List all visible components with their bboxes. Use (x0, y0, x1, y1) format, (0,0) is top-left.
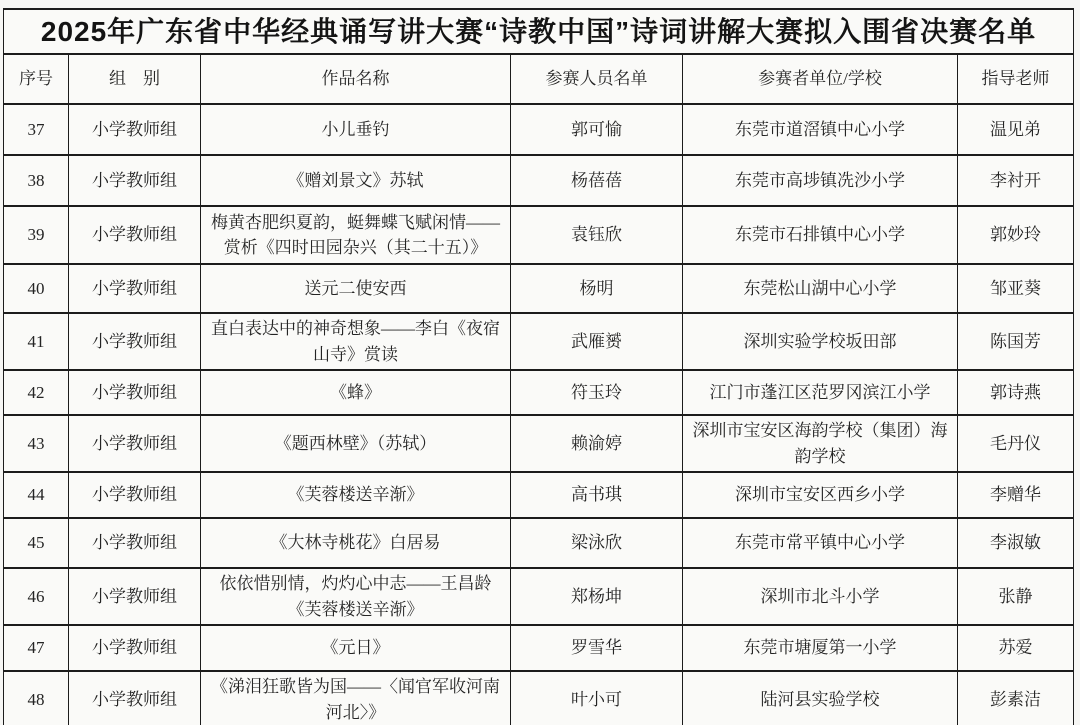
cell-group: 小学教师组 (69, 518, 201, 568)
title-row: 2025年广东省中华经典诵写讲大赛“诗教中国”诗词讲解大赛拟入围省决赛名单 (4, 9, 1074, 54)
cell-group: 小学教师组 (69, 671, 201, 725)
table-row: 46 小学教师组 依依惜别情，灼灼心中志——王昌龄《芙蓉楼送辛渐》 郑杨坤 深圳… (4, 568, 1074, 625)
col-header-teacher: 指导老师 (958, 54, 1074, 104)
table-row: 40 小学教师组 送元二使安西 杨明 东莞松山湖中心小学 邹亚葵 (4, 264, 1074, 313)
cell-participant: 符玉玲 (511, 370, 683, 415)
cell-group: 小学教师组 (69, 206, 201, 264)
cell-group: 小学教师组 (69, 104, 201, 155)
cell-unit: 深圳市宝安区海韵学校（集团）海韵学校 (683, 415, 958, 472)
cell-teacher: 郭诗燕 (958, 370, 1074, 415)
cell-teacher: 李淑敏 (958, 518, 1074, 568)
cell-no: 37 (4, 104, 69, 155)
table-row: 39 小学教师组 梅黄杏肥织夏韵，蜓舞蝶飞赋闲情——赏析《四时田园杂兴（其二十五… (4, 206, 1074, 264)
table-row: 42 小学教师组 《蜂》 符玉玲 江门市蓬江区范罗冈滨江小学 郭诗燕 (4, 370, 1074, 415)
cell-group: 小学教师组 (69, 625, 201, 671)
cell-group: 小学教师组 (69, 370, 201, 415)
col-header-group: 组 别 (69, 54, 201, 104)
cell-unit: 东莞市石排镇中心小学 (683, 206, 958, 264)
cell-teacher: 张静 (958, 568, 1074, 625)
cell-no: 48 (4, 671, 69, 725)
table-row: 37 小学教师组 小儿垂钓 郭可愉 东莞市道滘镇中心小学 温见弟 (4, 104, 1074, 155)
cell-participant: 武雁赟 (511, 313, 683, 370)
cell-teacher: 李赠华 (958, 472, 1074, 518)
cell-no: 45 (4, 518, 69, 568)
cell-participant: 梁泳欣 (511, 518, 683, 568)
cell-teacher: 郭妙玲 (958, 206, 1074, 264)
results-table: 2025年广东省中华经典诵写讲大赛“诗教中国”诗词讲解大赛拟入围省决赛名单 序号… (3, 8, 1074, 725)
table-row: 41 小学教师组 直白表达中的神奇想象——李白《夜宿山寺》赏读 武雁赟 深圳实验… (4, 313, 1074, 370)
table-row: 38 小学教师组 《赠刘景文》苏轼 杨蓓蓓 东莞市高埗镇冼沙小学 李衬开 (4, 155, 1074, 206)
cell-unit: 深圳市宝安区西乡小学 (683, 472, 958, 518)
cell-participant: 杨明 (511, 264, 683, 313)
cell-unit: 深圳实验学校坂田部 (683, 313, 958, 370)
cell-unit: 深圳市北斗小学 (683, 568, 958, 625)
cell-unit: 东莞市塘厦第一小学 (683, 625, 958, 671)
cell-group: 小学教师组 (69, 568, 201, 625)
cell-work: 《大林寺桃花》白居易 (201, 518, 511, 568)
cell-work: 送元二使安西 (201, 264, 511, 313)
cell-work: 《元日》 (201, 625, 511, 671)
cell-group: 小学教师组 (69, 472, 201, 518)
table-row: 44 小学教师组 《芙蓉楼送辛渐》 高书琪 深圳市宝安区西乡小学 李赠华 (4, 472, 1074, 518)
cell-work: 《蜂》 (201, 370, 511, 415)
cell-work: 直白表达中的神奇想象——李白《夜宿山寺》赏读 (201, 313, 511, 370)
cell-no: 41 (4, 313, 69, 370)
cell-work: 梅黄杏肥织夏韵，蜓舞蝶飞赋闲情——赏析《四时田园杂兴（其二十五）》 (201, 206, 511, 264)
cell-group: 小学教师组 (69, 264, 201, 313)
col-header-participant: 参赛人员名单 (511, 54, 683, 104)
table-row: 48 小学教师组 《涕泪狂歌皆为国——〈闻官军收河南河北〉》 叶小可 陆河县实验… (4, 671, 1074, 725)
cell-no: 43 (4, 415, 69, 472)
col-header-unit: 参赛者单位/学校 (683, 54, 958, 104)
cell-group: 小学教师组 (69, 415, 201, 472)
cell-participant: 叶小可 (511, 671, 683, 725)
cell-work: 《题西林壁》（苏轼） (201, 415, 511, 472)
cell-teacher: 苏爱 (958, 625, 1074, 671)
cell-participant: 罗雪华 (511, 625, 683, 671)
cell-teacher: 温见弟 (958, 104, 1074, 155)
cell-no: 44 (4, 472, 69, 518)
cell-participant: 郑杨坤 (511, 568, 683, 625)
cell-teacher: 陈国芳 (958, 313, 1074, 370)
cell-work: 小儿垂钓 (201, 104, 511, 155)
cell-unit: 陆河县实验学校 (683, 671, 958, 725)
document-page: 2025年广东省中华经典诵写讲大赛“诗教中国”诗词讲解大赛拟入围省决赛名单 序号… (0, 0, 1080, 725)
cell-no: 38 (4, 155, 69, 206)
cell-participant: 高书琪 (511, 472, 683, 518)
col-header-no: 序号 (4, 54, 69, 104)
cell-participant: 赖渝婷 (511, 415, 683, 472)
cell-work: 《涕泪狂歌皆为国——〈闻官军收河南河北〉》 (201, 671, 511, 725)
page-title: 2025年广东省中华经典诵写讲大赛“诗教中国”诗词讲解大赛拟入围省决赛名单 (4, 9, 1074, 54)
cell-work: 《赠刘景文》苏轼 (201, 155, 511, 206)
cell-participant: 郭可愉 (511, 104, 683, 155)
cell-no: 39 (4, 206, 69, 264)
document-sheet: 2025年广东省中华经典诵写讲大赛“诗教中国”诗词讲解大赛拟入围省决赛名单 序号… (3, 8, 1073, 719)
table-row: 43 小学教师组 《题西林壁》（苏轼） 赖渝婷 深圳市宝安区海韵学校（集团）海韵… (4, 415, 1074, 472)
cell-work: 《芙蓉楼送辛渐》 (201, 472, 511, 518)
cell-teacher: 邹亚葵 (958, 264, 1074, 313)
header-row: 序号 组 别 作品名称 参赛人员名单 参赛者单位/学校 指导老师 (4, 54, 1074, 104)
col-header-work: 作品名称 (201, 54, 511, 104)
cell-unit: 东莞市道滘镇中心小学 (683, 104, 958, 155)
cell-participant: 杨蓓蓓 (511, 155, 683, 206)
cell-no: 46 (4, 568, 69, 625)
cell-unit: 东莞市高埗镇冼沙小学 (683, 155, 958, 206)
cell-teacher: 李衬开 (958, 155, 1074, 206)
cell-participant: 袁钰欣 (511, 206, 683, 264)
cell-no: 47 (4, 625, 69, 671)
cell-teacher: 彭素洁 (958, 671, 1074, 725)
cell-no: 42 (4, 370, 69, 415)
cell-unit: 江门市蓬江区范罗冈滨江小学 (683, 370, 958, 415)
table-row: 47 小学教师组 《元日》 罗雪华 东莞市塘厦第一小学 苏爱 (4, 625, 1074, 671)
cell-unit: 东莞松山湖中心小学 (683, 264, 958, 313)
table-row: 45 小学教师组 《大林寺桃花》白居易 梁泳欣 东莞市常平镇中心小学 李淑敏 (4, 518, 1074, 568)
cell-work: 依依惜别情，灼灼心中志——王昌龄《芙蓉楼送辛渐》 (201, 568, 511, 625)
cell-unit: 东莞市常平镇中心小学 (683, 518, 958, 568)
cell-no: 40 (4, 264, 69, 313)
cell-teacher: 毛丹仪 (958, 415, 1074, 472)
cell-group: 小学教师组 (69, 313, 201, 370)
cell-group: 小学教师组 (69, 155, 201, 206)
